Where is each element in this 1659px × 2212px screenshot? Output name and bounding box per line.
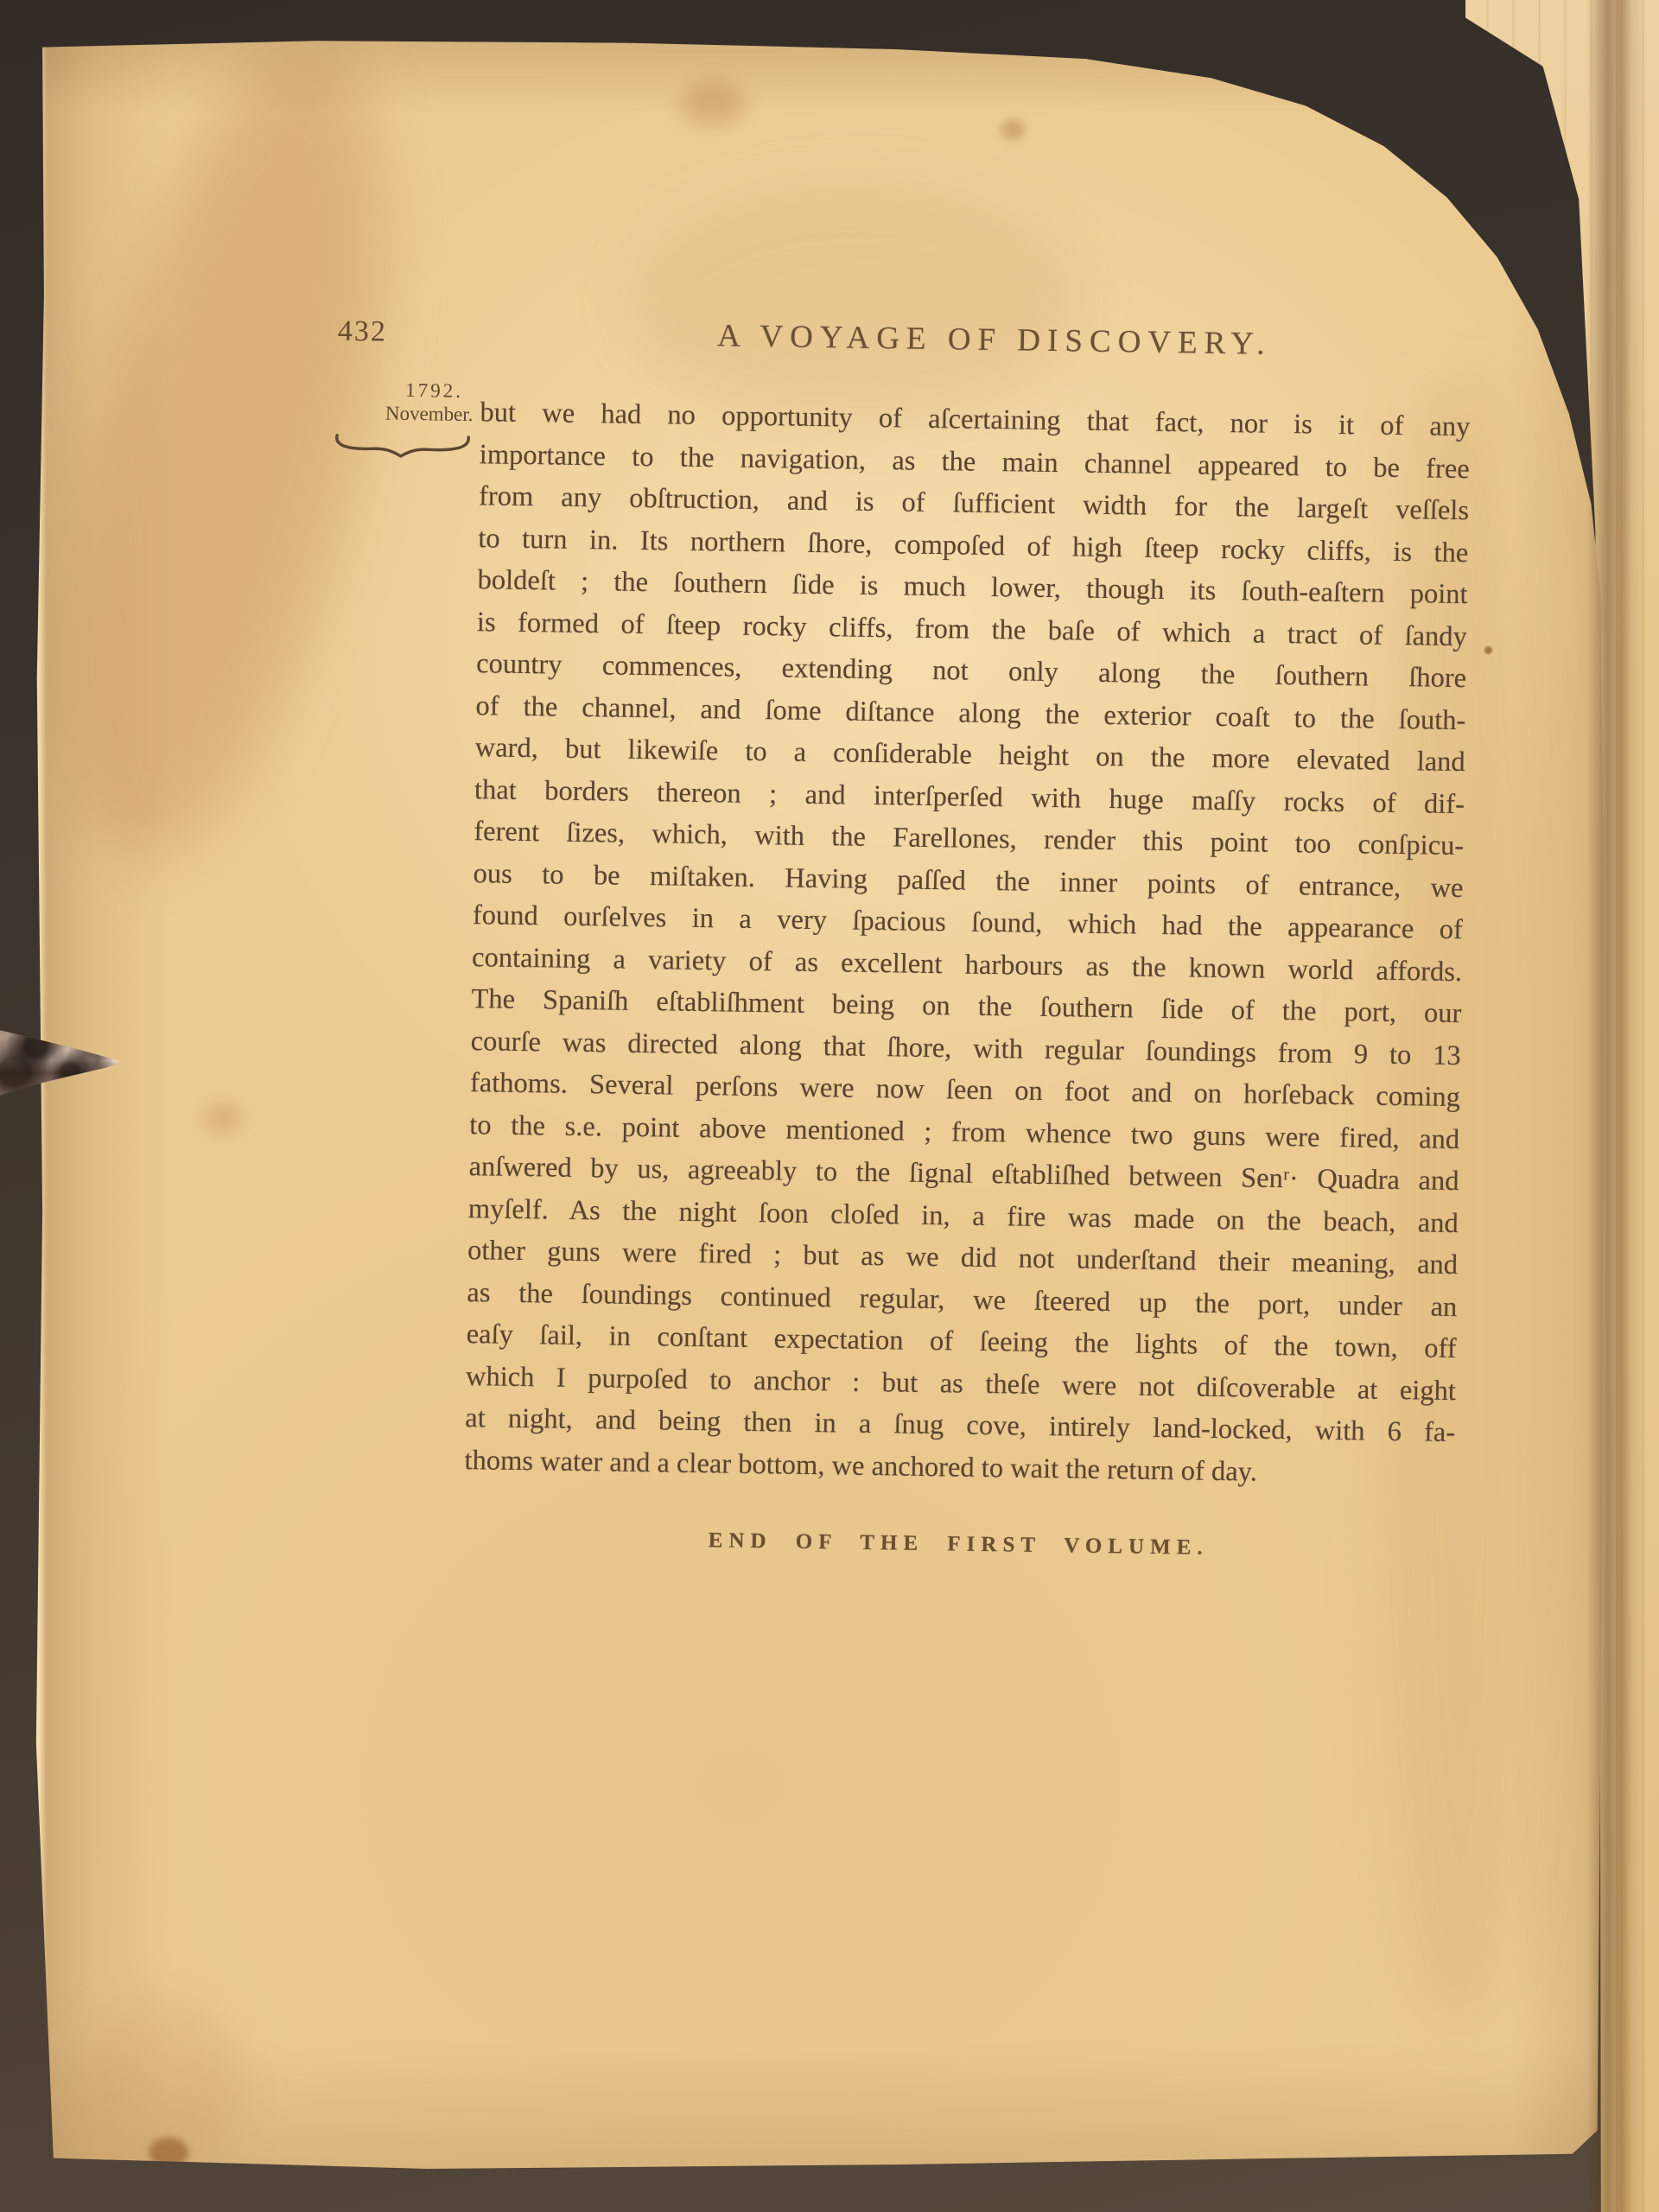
margin-note-year: 1792.	[320, 377, 474, 403]
margin-brace-flourish	[331, 431, 476, 461]
end-of-volume-label: END OF THE FIRST VOLUME.	[463, 1525, 1453, 1564]
body-text: but we had no opportunity of aſcertainin…	[464, 391, 1471, 1496]
running-header: A VOYAGE OF DISCOVERY.	[563, 315, 1427, 365]
book-page: 432 A VOYAGE OF DISCOVERY. 1792. Novembe…	[35, 40, 1604, 2169]
page-number: 432	[338, 315, 388, 349]
margin-note: 1792. November.	[319, 377, 474, 426]
page-crease-shadow	[1586, 0, 1647, 2212]
margin-note-month: November.	[319, 400, 473, 426]
printed-content: 432 A VOYAGE OF DISCOVERY. 1792. Novembe…	[8, 36, 1608, 2189]
photo-background: 432 A VOYAGE OF DISCOVERY. 1792. Novembe…	[0, 0, 1659, 2212]
page-stain	[1502, 228, 1516, 243]
